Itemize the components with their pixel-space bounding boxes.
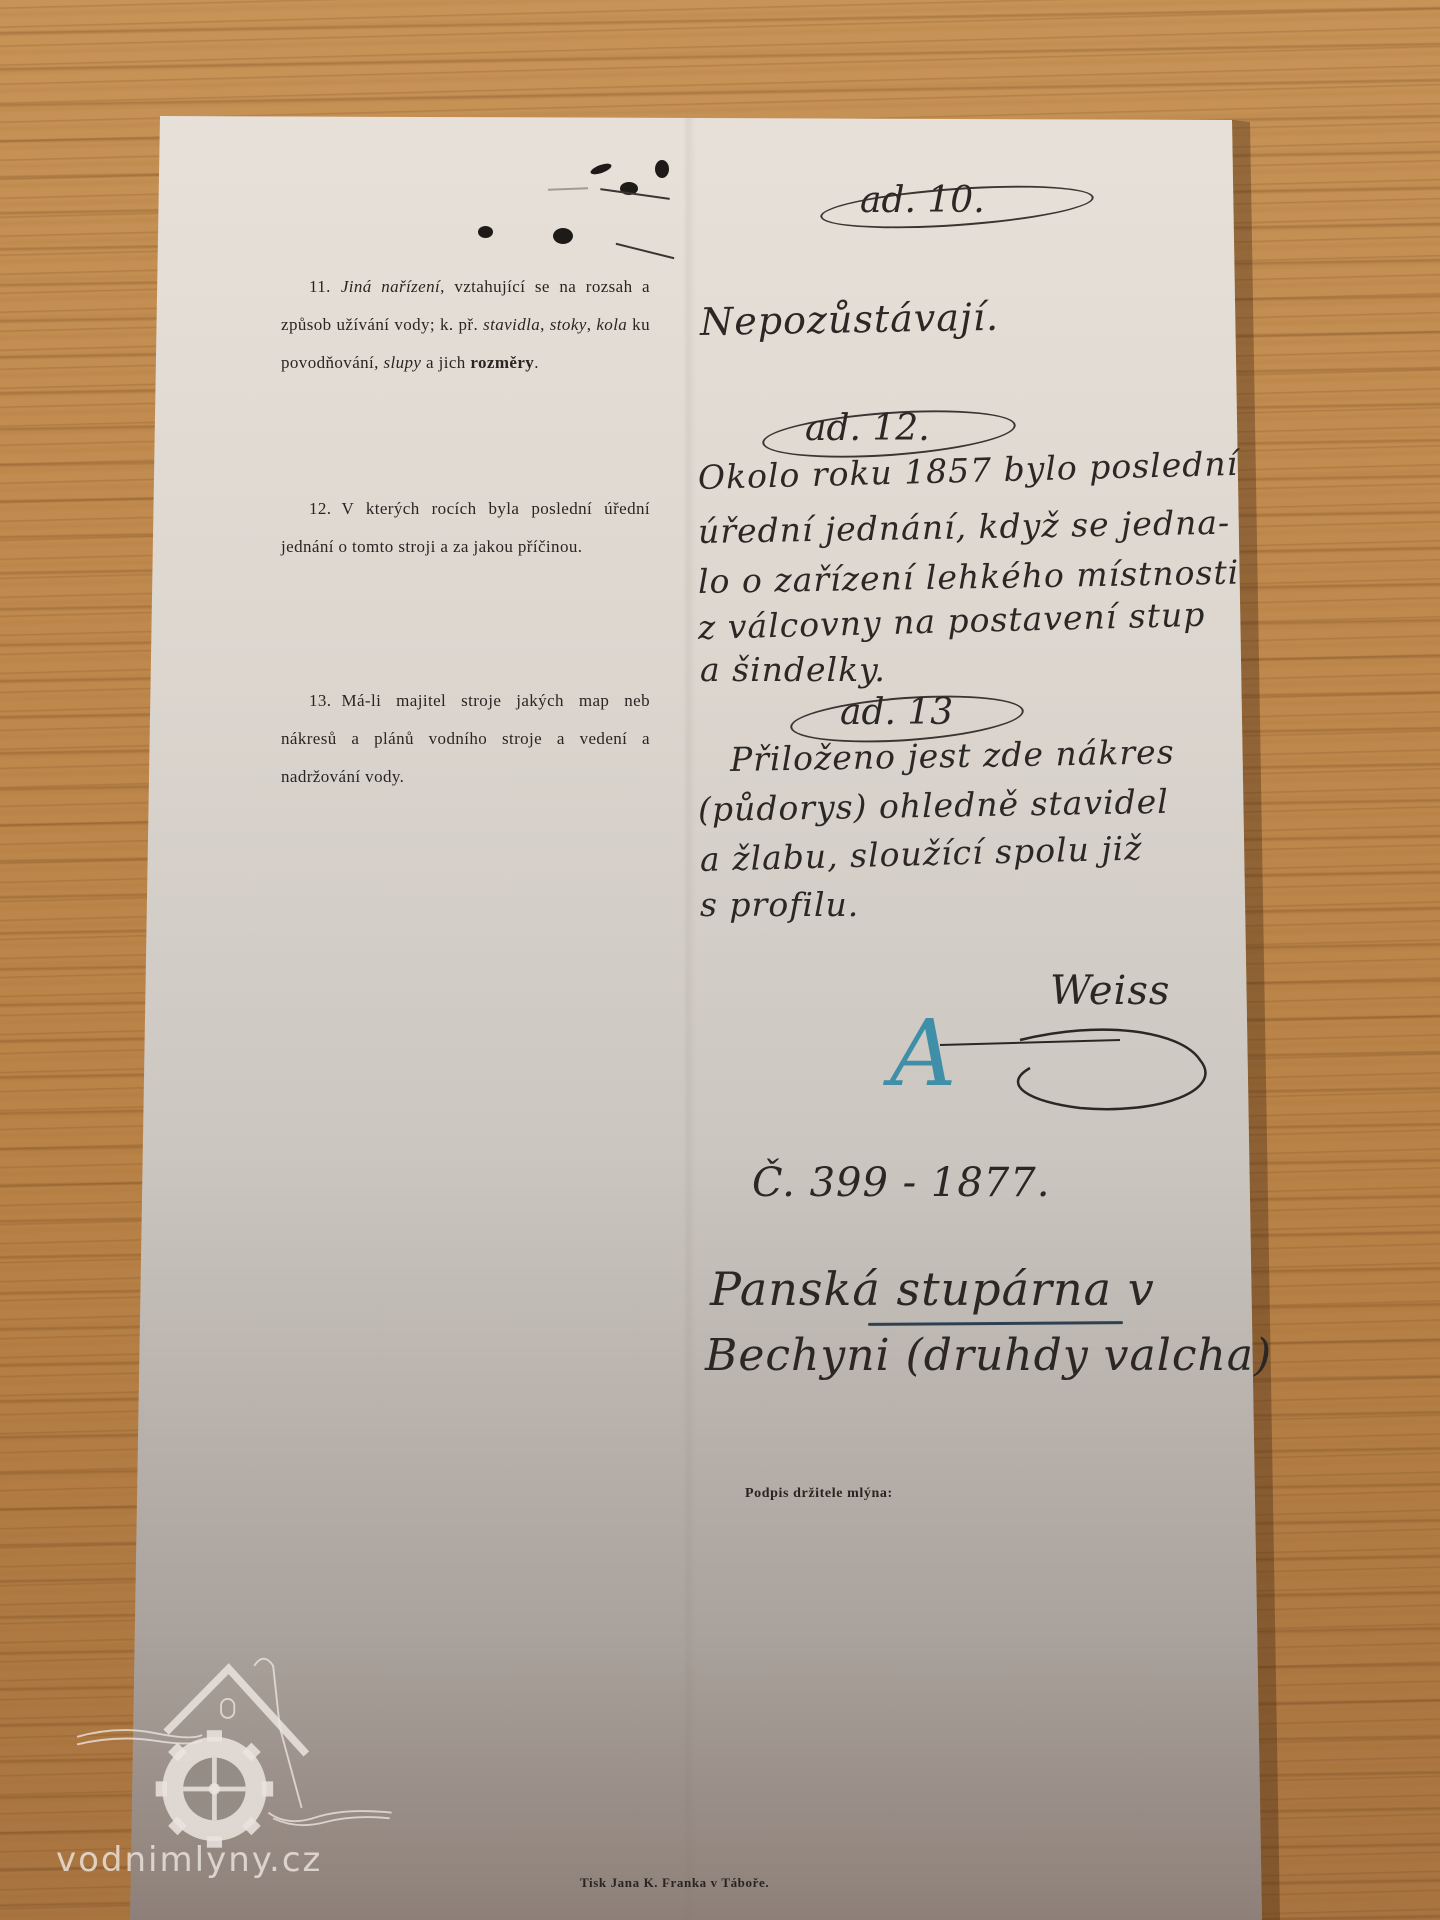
ad13-label: ad. 13 xyxy=(840,692,953,733)
ad10-label: ad. 10. xyxy=(860,180,985,221)
reference-number: Č. 399 - 1877. xyxy=(752,1160,1050,1206)
item-text: Má-li majitel stroje jakých map neb nákr… xyxy=(281,691,650,786)
signature-label: Podpis držitele mlýna: xyxy=(745,1486,893,1502)
ad10-answer: Nepozůstávají. xyxy=(700,295,1000,344)
ad13-line: s profilu. xyxy=(700,885,859,924)
mill-title-line-2: Bechyni (druhdy valcha) xyxy=(705,1330,1272,1381)
mill-title-line-1: Panská stupárna v xyxy=(710,1262,1155,1316)
item-text: V kterých rocích byla poslední úřední je… xyxy=(281,499,650,556)
printed-item-13: 13.Má-li majitel stroje jakých map neb n… xyxy=(281,682,650,796)
italic-term: Jiná nařízení xyxy=(341,277,440,296)
ad12-line: a šindelky. xyxy=(700,650,886,689)
ad12-label: ad. 12. xyxy=(805,408,930,449)
watermark-text: vodnimlyny.cz xyxy=(56,1840,322,1880)
item-number: 13. xyxy=(309,691,331,710)
item-number: 11. xyxy=(309,277,331,296)
printed-item-12: 12.V kterých rocích byla poslední úřední… xyxy=(281,490,650,566)
blue-initial: A xyxy=(890,1000,956,1107)
bold-term: rozměry xyxy=(470,353,534,372)
printer-credit: Tisk Jana K. Franka v Táboře. xyxy=(580,1875,769,1891)
document-sheet xyxy=(0,0,1440,1920)
item-number: 12. xyxy=(309,499,331,518)
printed-item-11: 11.Jiná nařízení, vztahující se na rozsa… xyxy=(281,268,650,382)
ad13-line: Přiloženo jest zde nákres xyxy=(730,732,1175,779)
ad13-line: (půdorys) ohledně stavidel xyxy=(698,782,1169,829)
